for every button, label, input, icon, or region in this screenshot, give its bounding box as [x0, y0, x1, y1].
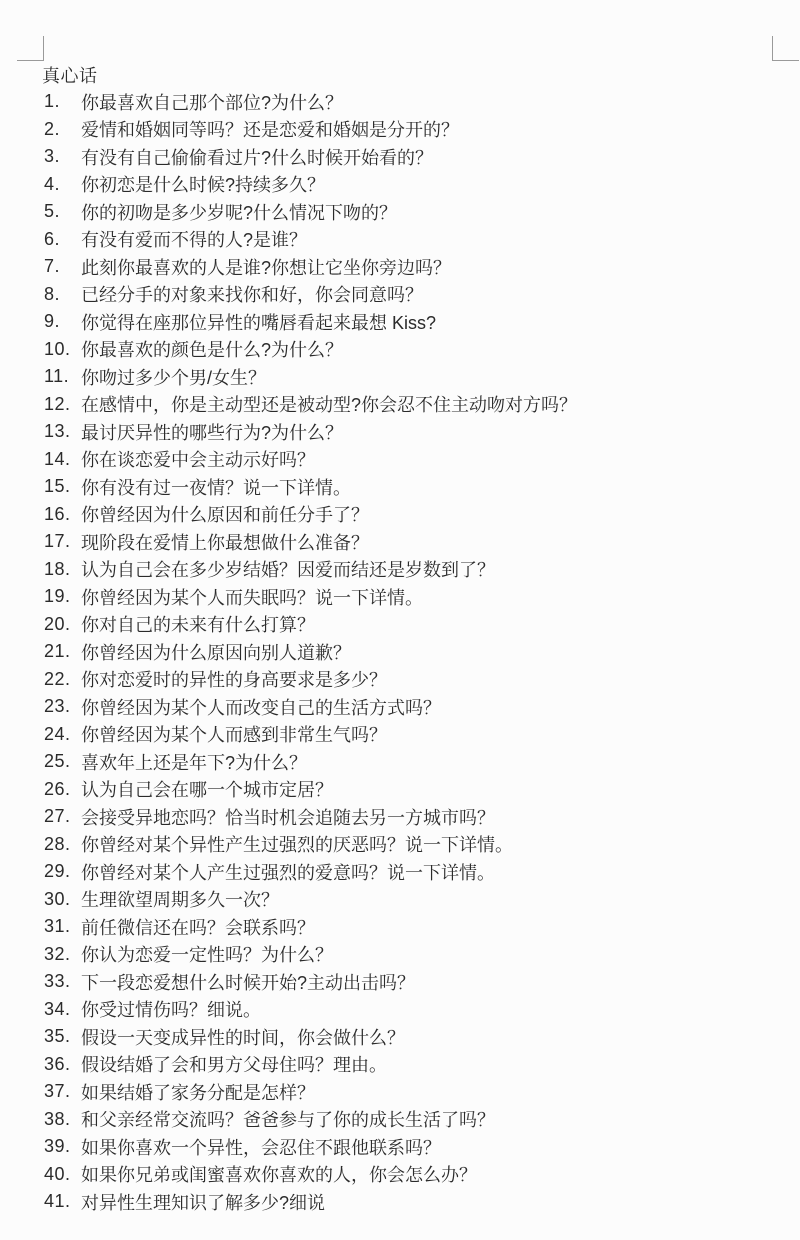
question-text: 你觉得在座那位异性的嘴唇看起来最想 Kiss?: [81, 309, 790, 335]
question-number: 10.: [44, 339, 81, 360]
question-number: 26.: [44, 779, 81, 800]
question-text: 你最喜欢自己那个部位?为什么？: [81, 89, 790, 115]
question-number: 38.: [44, 1109, 81, 1130]
question-item: 9. 你觉得在座那位异性的嘴唇看起来最想 Kiss?: [44, 308, 790, 336]
question-number: 37.: [44, 1081, 81, 1102]
question-text: 喜欢年上还是年下?为什么？: [81, 749, 790, 775]
question-number: 1.: [44, 91, 81, 112]
question-item: 26. 认为自己会在哪一个城市定居？: [44, 776, 790, 804]
question-number: 3.: [44, 146, 81, 167]
question-text: 你吻过多少个男/女生？: [81, 364, 790, 390]
question-item: 2. 爱情和婚姻同等吗？还是恋爱和婚姻是分开的？: [44, 116, 790, 144]
question-item: 19. 你曾经因为某个人而失眠吗？说一下详情。: [44, 583, 790, 611]
question-text: 有没有自己偷偷看过片?什么时候开始看的？: [81, 144, 790, 170]
question-item: 20. 你对自己的未来有什么打算？: [44, 611, 790, 639]
question-text: 对异性生理知识了解多少?细说: [81, 1189, 790, 1215]
question-item: 36. 假设结婚了会和男方父母住吗？理由。: [44, 1051, 790, 1079]
question-number: 36.: [44, 1054, 81, 1075]
question-item: 41. 对异性生理知识了解多少?细说: [44, 1188, 790, 1216]
question-text: 你曾经因为某个人而感到非常生气吗？: [81, 721, 790, 747]
question-number: 23.: [44, 696, 81, 717]
document-page: 真心话 1. 你最喜欢自己那个部位?为什么？ 2. 爱情和婚姻同等吗？还是恋爱和…: [0, 0, 800, 1240]
question-item: 34. 你受过情伤吗？细说。: [44, 996, 790, 1024]
question-text: 你曾经对某个异性产生过强烈的厌恶吗？说一下详情。: [81, 831, 790, 857]
question-item: 10. 你最喜欢的颜色是什么?为什么？: [44, 336, 790, 364]
question-list: 1. 你最喜欢自己那个部位?为什么？ 2. 爱情和婚姻同等吗？还是恋爱和婚姻是分…: [44, 88, 790, 1216]
question-item: 24. 你曾经因为某个人而感到非常生气吗？: [44, 721, 790, 749]
question-number: 28.: [44, 834, 81, 855]
question-text: 你认为恋爱一定性吗？为什么？: [81, 941, 790, 967]
margin-crop-mark-top-left: [17, 36, 44, 61]
question-text: 下一段恋爱想什么时候开始?主动出击吗？: [81, 969, 790, 995]
question-number: 16.: [44, 504, 81, 525]
question-number: 18.: [44, 559, 81, 580]
question-number: 6.: [44, 229, 81, 250]
question-text: 假设结婚了会和男方父母住吗？理由。: [81, 1051, 790, 1077]
question-text: 如果你兄弟或闺蜜喜欢你喜欢的人，你会怎么办？: [81, 1161, 790, 1187]
question-text: 你有没有过一夜情？说一下详情。: [81, 474, 790, 500]
question-text: 有没有爱而不得的人?是谁？: [81, 226, 790, 252]
question-number: 35.: [44, 1026, 81, 1047]
question-text: 爱情和婚姻同等吗？还是恋爱和婚姻是分开的？: [81, 116, 790, 142]
question-number: 25.: [44, 751, 81, 772]
question-number: 11.: [44, 366, 81, 387]
question-text: 你的初吻是多少岁呢?什么情况下吻的？: [81, 199, 790, 225]
question-item: 16. 你曾经因为什么原因和前任分手了？: [44, 501, 790, 529]
question-item: 38. 和父亲经常交流吗？爸爸参与了你的成长生活了吗？: [44, 1106, 790, 1134]
question-number: 4.: [44, 174, 81, 195]
question-number: 12.: [44, 394, 81, 415]
question-text: 最讨厌异性的哪些行为?为什么？: [81, 419, 790, 445]
question-number: 33.: [44, 971, 81, 992]
question-number: 19.: [44, 586, 81, 607]
question-text: 你曾经因为什么原因向别人道歉？: [81, 639, 790, 665]
question-number: 31.: [44, 916, 81, 937]
question-item: 4. 你初恋是什么时候?持续多久？: [44, 171, 790, 199]
question-text: 现阶段在爱情上你最想做什么准备？: [81, 529, 790, 555]
question-text: 你最喜欢的颜色是什么?为什么？: [81, 336, 790, 362]
document-title: 真心话: [42, 66, 98, 87]
question-item: 3. 有没有自己偷偷看过片?什么时候开始看的？: [44, 143, 790, 171]
question-text: 在感情中，你是主动型还是被动型?你会忍不住主动吻对方吗？: [81, 391, 790, 417]
question-text: 前任微信还在吗？会联系吗？: [81, 914, 790, 940]
question-text: 你受过情伤吗？细说。: [81, 996, 790, 1022]
question-number: 39.: [44, 1136, 81, 1157]
question-item: 33. 下一段恋爱想什么时候开始?主动出击吗？: [44, 968, 790, 996]
question-item: 13. 最讨厌异性的哪些行为?为什么？: [44, 418, 790, 446]
question-number: 41.: [44, 1191, 81, 1212]
question-number: 13.: [44, 421, 81, 442]
question-text: 和父亲经常交流吗？爸爸参与了你的成长生活了吗？: [81, 1106, 790, 1132]
question-text: 认为自己会在哪一个城市定居？: [81, 776, 790, 802]
question-item: 37. 如果结婚了家务分配是怎样？: [44, 1078, 790, 1106]
question-text: 生理欲望周期多久一次？: [81, 886, 790, 912]
question-text: 认为自己会在多少岁结婚？因爱而结还是岁数到了？: [81, 556, 790, 582]
question-item: 8. 已经分手的对象来找你和好，你会同意吗？: [44, 281, 790, 309]
question-number: 20.: [44, 614, 81, 635]
question-item: 40. 如果你兄弟或闺蜜喜欢你喜欢的人，你会怎么办？: [44, 1161, 790, 1189]
question-item: 23. 你曾经因为某个人而改变自己的生活方式吗？: [44, 693, 790, 721]
question-number: 34.: [44, 999, 81, 1020]
question-text: 你曾经因为某个人而失眠吗？说一下详情。: [81, 584, 790, 610]
question-number: 15.: [44, 476, 81, 497]
question-text: 你对自己的未来有什么打算？: [81, 611, 790, 637]
question-item: 11. 你吻过多少个男/女生？: [44, 363, 790, 391]
question-text: 你在谈恋爱中会主动示好吗？: [81, 446, 790, 472]
question-text: 你曾经因为某个人而改变自己的生活方式吗？: [81, 694, 790, 720]
question-text: 如果结婚了家务分配是怎样？: [81, 1079, 790, 1105]
question-item: 14. 你在谈恋爱中会主动示好吗？: [44, 446, 790, 474]
question-item: 31. 前任微信还在吗？会联系吗？: [44, 913, 790, 941]
question-number: 2.: [44, 119, 81, 140]
question-item: 22. 你对恋爱时的异性的身高要求是多少？: [44, 666, 790, 694]
question-text: 会接受异地恋吗？恰当时机会追随去另一方城市吗？: [81, 804, 790, 830]
question-item: 30. 生理欲望周期多久一次？: [44, 886, 790, 914]
question-number: 8.: [44, 284, 81, 305]
question-number: 40.: [44, 1164, 81, 1185]
question-text: 你曾经对某个人产生过强烈的爱意吗？说一下详情。: [81, 859, 790, 885]
question-text: 假设一天变成异性的时间，你会做什么？: [81, 1024, 790, 1050]
question-item: 32. 你认为恋爱一定性吗？为什么？: [44, 941, 790, 969]
question-text: 此刻你最喜欢的人是谁?你想让它坐你旁边吗？: [81, 254, 790, 280]
question-item: 7. 此刻你最喜欢的人是谁?你想让它坐你旁边吗？: [44, 253, 790, 281]
question-number: 7.: [44, 256, 81, 277]
question-number: 22.: [44, 669, 81, 690]
question-item: 28. 你曾经对某个异性产生过强烈的厌恶吗？说一下详情。: [44, 831, 790, 859]
question-item: 1. 你最喜欢自己那个部位?为什么？: [44, 88, 790, 116]
question-text: 已经分手的对象来找你和好，你会同意吗？: [81, 281, 790, 307]
question-text: 你曾经因为什么原因和前任分手了？: [81, 501, 790, 527]
margin-crop-mark-top-right: [772, 36, 799, 61]
question-item: 25. 喜欢年上还是年下?为什么？: [44, 748, 790, 776]
question-item: 29. 你曾经对某个人产生过强烈的爱意吗？说一下详情。: [44, 858, 790, 886]
question-item: 27. 会接受异地恋吗？恰当时机会追随去另一方城市吗？: [44, 803, 790, 831]
question-number: 32.: [44, 944, 81, 965]
question-number: 29.: [44, 861, 81, 882]
question-item: 12. 在感情中，你是主动型还是被动型?你会忍不住主动吻对方吗？: [44, 391, 790, 419]
question-text: 你初恋是什么时候?持续多久？: [81, 171, 790, 197]
question-item: 6. 有没有爱而不得的人?是谁？: [44, 226, 790, 254]
question-text: 你对恋爱时的异性的身高要求是多少？: [81, 666, 790, 692]
question-number: 21.: [44, 641, 81, 662]
question-item: 18. 认为自己会在多少岁结婚？因爱而结还是岁数到了？: [44, 556, 790, 584]
question-item: 35. 假设一天变成异性的时间，你会做什么？: [44, 1023, 790, 1051]
question-number: 30.: [44, 889, 81, 910]
question-number: 5.: [44, 201, 81, 222]
question-item: 5. 你的初吻是多少岁呢?什么情况下吻的？: [44, 198, 790, 226]
question-item: 21. 你曾经因为什么原因向别人道歉？: [44, 638, 790, 666]
question-item: 15. 你有没有过一夜情？说一下详情。: [44, 473, 790, 501]
question-text: 如果你喜欢一个异性，会忍住不跟他联系吗？: [81, 1134, 790, 1160]
question-number: 14.: [44, 449, 81, 470]
question-number: 9.: [44, 311, 81, 332]
question-number: 27.: [44, 806, 81, 827]
question-item: 17. 现阶段在爱情上你最想做什么准备？: [44, 528, 790, 556]
question-item: 39. 如果你喜欢一个异性，会忍住不跟他联系吗？: [44, 1133, 790, 1161]
question-number: 24.: [44, 724, 81, 745]
question-number: 17.: [44, 531, 81, 552]
